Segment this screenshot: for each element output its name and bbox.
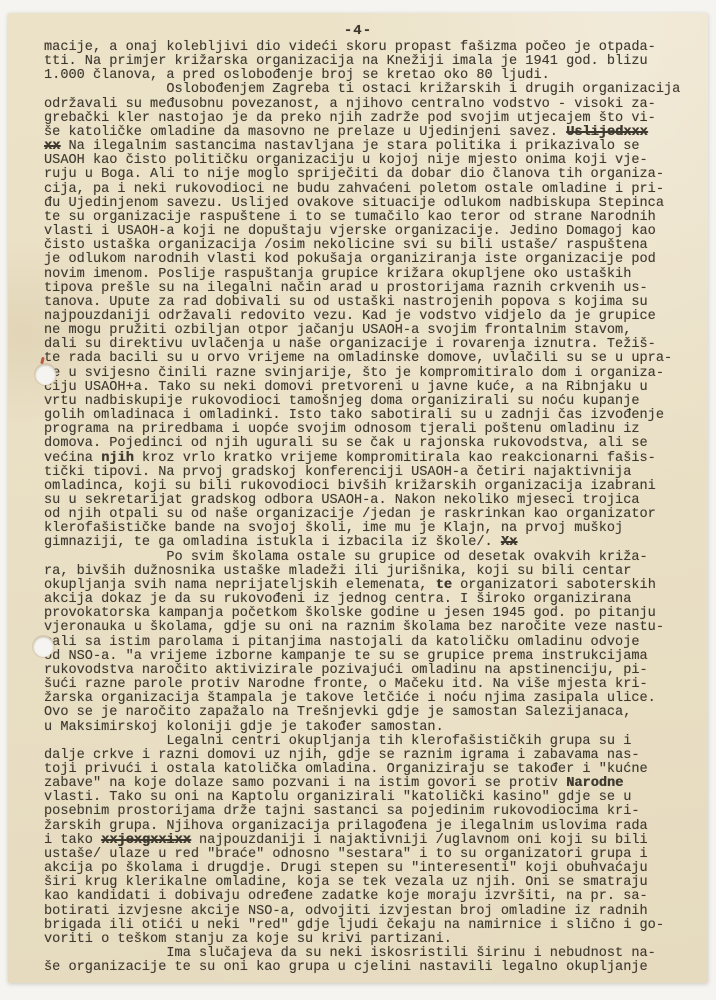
text-line: od NSO-a. "a vrijeme izborne kampanje te… (44, 650, 708, 664)
text-line: xx Na ilegalnim sastancima nastavljana j… (44, 140, 708, 154)
text-line: te su organizacije raspuštene i to se tu… (44, 211, 708, 225)
text-line: od njih otpali su od naše organizacije /… (44, 508, 708, 522)
text-line: ne mogu pružiti ozbiljan otpor jačanju U… (44, 324, 708, 338)
text-line: toji privući i ostala katolička omladina… (44, 763, 708, 777)
text-line: Ovo se je naročito zapažalo na Trešnjevk… (44, 706, 708, 720)
text-line: širi krug klerikalne omladine, koja se t… (44, 876, 708, 890)
text-line: macije, a onaj kolebljivi dio videći sko… (44, 41, 708, 55)
text-line: dalje crkve i razni domovi uz njih, gdje… (44, 749, 708, 763)
text-line: čisto ustaška organizacija /osim nekolic… (44, 239, 708, 253)
text-line: pali sa istim parolama i pitanjima nasto… (44, 636, 708, 650)
text-line: grebački kler nastojao je da preko njih … (44, 112, 708, 126)
text-line: šući razne parole protiv Narodne fronte,… (44, 678, 708, 692)
text-line: domova. Pojedinci od njih ugurali su se … (44, 437, 708, 451)
text-line: akcija dokaz je da su rukovođeni iz jedn… (44, 593, 708, 607)
text-line: dali su direktivu uvlačenja u naše organ… (44, 338, 708, 352)
text-line: tanova. Upute za rad dobivali su od usta… (44, 296, 708, 310)
text-line: okupljanja svih nama neprijateljskih ele… (44, 579, 708, 593)
text-line: ruju u Boga. Ali to nije moglo spriječit… (44, 168, 708, 182)
text-line: gimnaziji, te ga omladina istukla i izba… (44, 536, 708, 550)
text-line: cija, pa i neki rukovodioci ne budu zahv… (44, 183, 708, 197)
text-line: i tako xxjexgxxixx najpouzdaniji i najak… (44, 834, 708, 848)
text-line: te rada bacili su u orvo vrijeme na omla… (44, 352, 708, 366)
text-line: Po svim školama ostale su grupice od des… (44, 551, 708, 565)
text-line: voriti o teškom stanju za koje su krivi … (44, 933, 708, 947)
text-line: većina njih kroz vrlo kratko vrijeme kom… (44, 452, 708, 466)
document-page: -4- macije, a onaj kolebljivi dio videći… (8, 13, 708, 983)
text-line: najpouzdaniji održavali redovito vezu. K… (44, 310, 708, 324)
text-line: provokatorska kampanja početkom školske … (44, 607, 708, 621)
text-line: kao kandidati i dobivaju određene zadatk… (44, 890, 708, 904)
text-line: vjeronauka u školama, gdje su oni na raz… (44, 621, 708, 635)
text-line: zabave" na koje dolaze samo pozvani i na… (44, 777, 708, 791)
text-line: še organizacije te su oni kao grupa u cj… (44, 961, 708, 975)
text-line: novim imenom. Poslije raspuštanja grupic… (44, 268, 708, 282)
text-line: đu Ujedinjenom savezu. Uslijed ovakove s… (44, 197, 708, 211)
text-line: tipova prešle su na ilegalni način arad … (44, 282, 708, 296)
text-line: 1.000 članova, a pred oslobođenje broj s… (44, 69, 708, 83)
text-line: Ima slučajeva da su neki iskosristili ši… (44, 947, 708, 961)
text-line: vlasti. Tako su oni na Kaptolu organizir… (44, 791, 708, 805)
text-line: ciju USAOH+a. Tako su neki domovi pretvo… (44, 381, 708, 395)
text-line: akcija po školama i drugdje. Drugi stepe… (44, 862, 708, 876)
text-line: Oslobođenjem Zagreba ti ostaci križarski… (44, 83, 708, 97)
text-line: žarska organizacija štampala je takove l… (44, 692, 708, 706)
text-line: USAOH kao čisto političku organizaciju u… (44, 154, 708, 168)
text-line: u Maksimirskoj koloniji gdje je također … (44, 721, 708, 735)
punch-hole-bottom-icon (33, 636, 54, 657)
text-line: vrtu nadbiskupije rukovodioci tamošnjeg … (44, 395, 708, 409)
text-line: su u sekretarijat gradskog odbora USAOH-… (44, 494, 708, 508)
document-text: macije, a onaj kolebljivi dio videći sko… (44, 41, 708, 975)
text-line: održavali su međusobnu povezanost, a nji… (44, 98, 708, 112)
text-line: golih omladinaca i omladinki. Isto tako … (44, 409, 708, 423)
text-line: tički tipovi. Na prvoj gradskoj konferen… (44, 466, 708, 480)
text-line: še katoličke omladine da masovno ne prel… (44, 126, 708, 140)
text-line: ustaše/ ulaze u red "braće" odnosno "ses… (44, 848, 708, 862)
text-line: ve u svijesno činili razne svinjarije, š… (44, 367, 708, 381)
text-line: programa na priredbama i uopće svojim od… (44, 423, 708, 437)
punch-hole-top-icon (35, 364, 56, 385)
text-line: ra, bivših dužnosnika ustaške mladeži il… (44, 565, 708, 579)
text-line: rukovodstva naročito aktivizirale poziva… (44, 664, 708, 678)
text-line: tti. Na primjer križarska organizacija n… (44, 55, 708, 69)
text-line: je odlukom narodnih vlasti kod pokušaja … (44, 253, 708, 267)
text-line: žarskih grupa. Njihova organizacija pril… (44, 820, 708, 834)
text-line: Legalni centri okupljanja tih klerofašis… (44, 735, 708, 749)
text-line: brigada ili otići u neki "red" gdje ljud… (44, 919, 708, 933)
text-line: vlasti i USAOH-a koji ne dopuštaju vjers… (44, 225, 708, 239)
text-line: botirati izvjesne akcije NSO-a, odvojiti… (44, 905, 708, 919)
text-line: posebnim prostorijama drže tajni sastanc… (44, 805, 708, 819)
scan-background: -4- macije, a onaj kolebljivi dio videći… (0, 0, 716, 1000)
page-number: -4- (8, 23, 708, 39)
text-line: omladinca, koji su bili rukovodioci bivš… (44, 480, 708, 494)
text-line: klerofašističke bande na svojoj školi, i… (44, 522, 708, 536)
